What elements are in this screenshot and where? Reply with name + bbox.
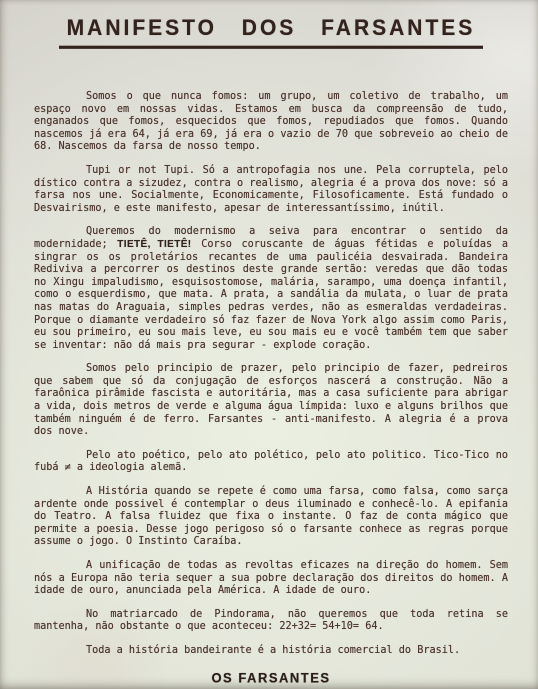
manifesto-paragraph-6: A História quando se repete é como uma f… [34, 486, 508, 549]
manifesto-paragraph-8: No matriarcado de Pindorama, não queremo… [34, 609, 508, 634]
manifesto-paragraph-4: Somos pelo principio de prazer, pelo pri… [34, 363, 508, 439]
manifesto-body: Somos o que nunca fomos: um grupo, um co… [34, 91, 508, 658]
document-title: MANIFESTO DOS FARSANTES [59, 16, 484, 49]
manifesto-paragraph-7: A unificação de todas as revoltas eficaz… [34, 560, 508, 598]
paragraph-3-post: Corso coruscante de águas fétidas e polu… [34, 239, 508, 351]
manifesto-paragraph-3: Queremos do modernismo a seiva para enco… [34, 226, 508, 352]
document-page: MANIFESTO DOS FARSANTES Somos o que nunc… [0, 0, 538, 689]
signature: OS FARSANTES [34, 669, 508, 685]
manifesto-paragraph-9: Toda a história bandeirante é a história… [34, 645, 508, 658]
manifesto-paragraph-1: Somos o que nunca fomos: um grupo, um co… [34, 91, 508, 154]
tiete-highlight: TIETÊ, TIETÊ! [117, 239, 191, 250]
manifesto-paragraph-5: Pelo ato poético, pelo ato polético, pel… [34, 450, 508, 475]
title-block: MANIFESTO DOS FARSANTES [34, 16, 508, 47]
manifesto-paragraph-2: Tupi or not Tupi. Só a antropofagia nos … [34, 165, 508, 215]
